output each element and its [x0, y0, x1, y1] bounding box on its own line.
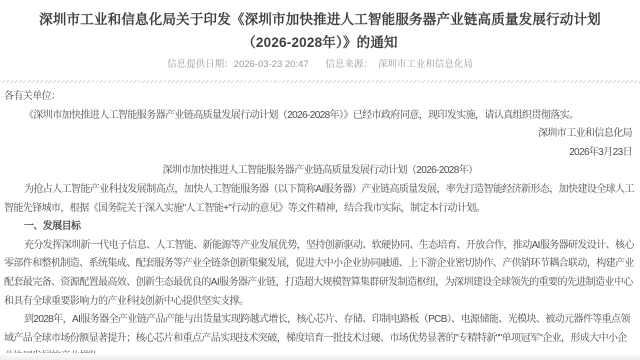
- info-source-label: 信息来源：: [325, 59, 373, 70]
- intro-paragraph: 《深圳市加快推进人工智能服务器产业链高质量发展行动计划（2026-2028年）》…: [4, 107, 636, 126]
- meta-info-bar: 信息提供日期：2026-03-23 20:47 信息来源：深圳市工业和信息化局: [0, 58, 640, 71]
- signer: 深圳市工业和信息化局: [4, 125, 636, 144]
- info-date-label: 信息提供日期：: [167, 59, 234, 70]
- section-heading-development-goals: 一、发展目标: [4, 218, 636, 237]
- goals-paragraph-1: 充分发挥深圳新一代电子信息、人工智能、新能源等产业发展优势，坚持创新驱动、软硬协…: [4, 237, 636, 311]
- document-title: 深圳市加快推进人工智能服务器产业链高质量发展行动计划（2026-2028年）: [4, 162, 636, 181]
- salutation: 各有关单位：: [4, 88, 636, 107]
- sign-date: 2026年3月23日: [4, 144, 636, 163]
- page-title: 深圳市工业和信息化局关于印发《深圳市加快推进人工智能服务器产业链高质量发展行动计…: [18, 8, 622, 54]
- document-body: 各有关单位： 《深圳市加快推进人工智能服务器产业链高质量发展行动计划（2026-…: [0, 83, 640, 360]
- opening-paragraph: 为抢占人工智能产业科技发展制高点，加快人工智能服务器（以下简称AI服务器）产业链…: [4, 181, 636, 218]
- bottom-fade: [0, 353, 640, 360]
- info-source-value: 深圳市工业和信息化局: [378, 59, 473, 70]
- notice-page: 深圳市工业和信息化局关于印发《深圳市加快推进人工智能服务器产业链高质量发展行动计…: [0, 0, 640, 360]
- info-date-value: 2026-03-23 20:47: [234, 59, 309, 70]
